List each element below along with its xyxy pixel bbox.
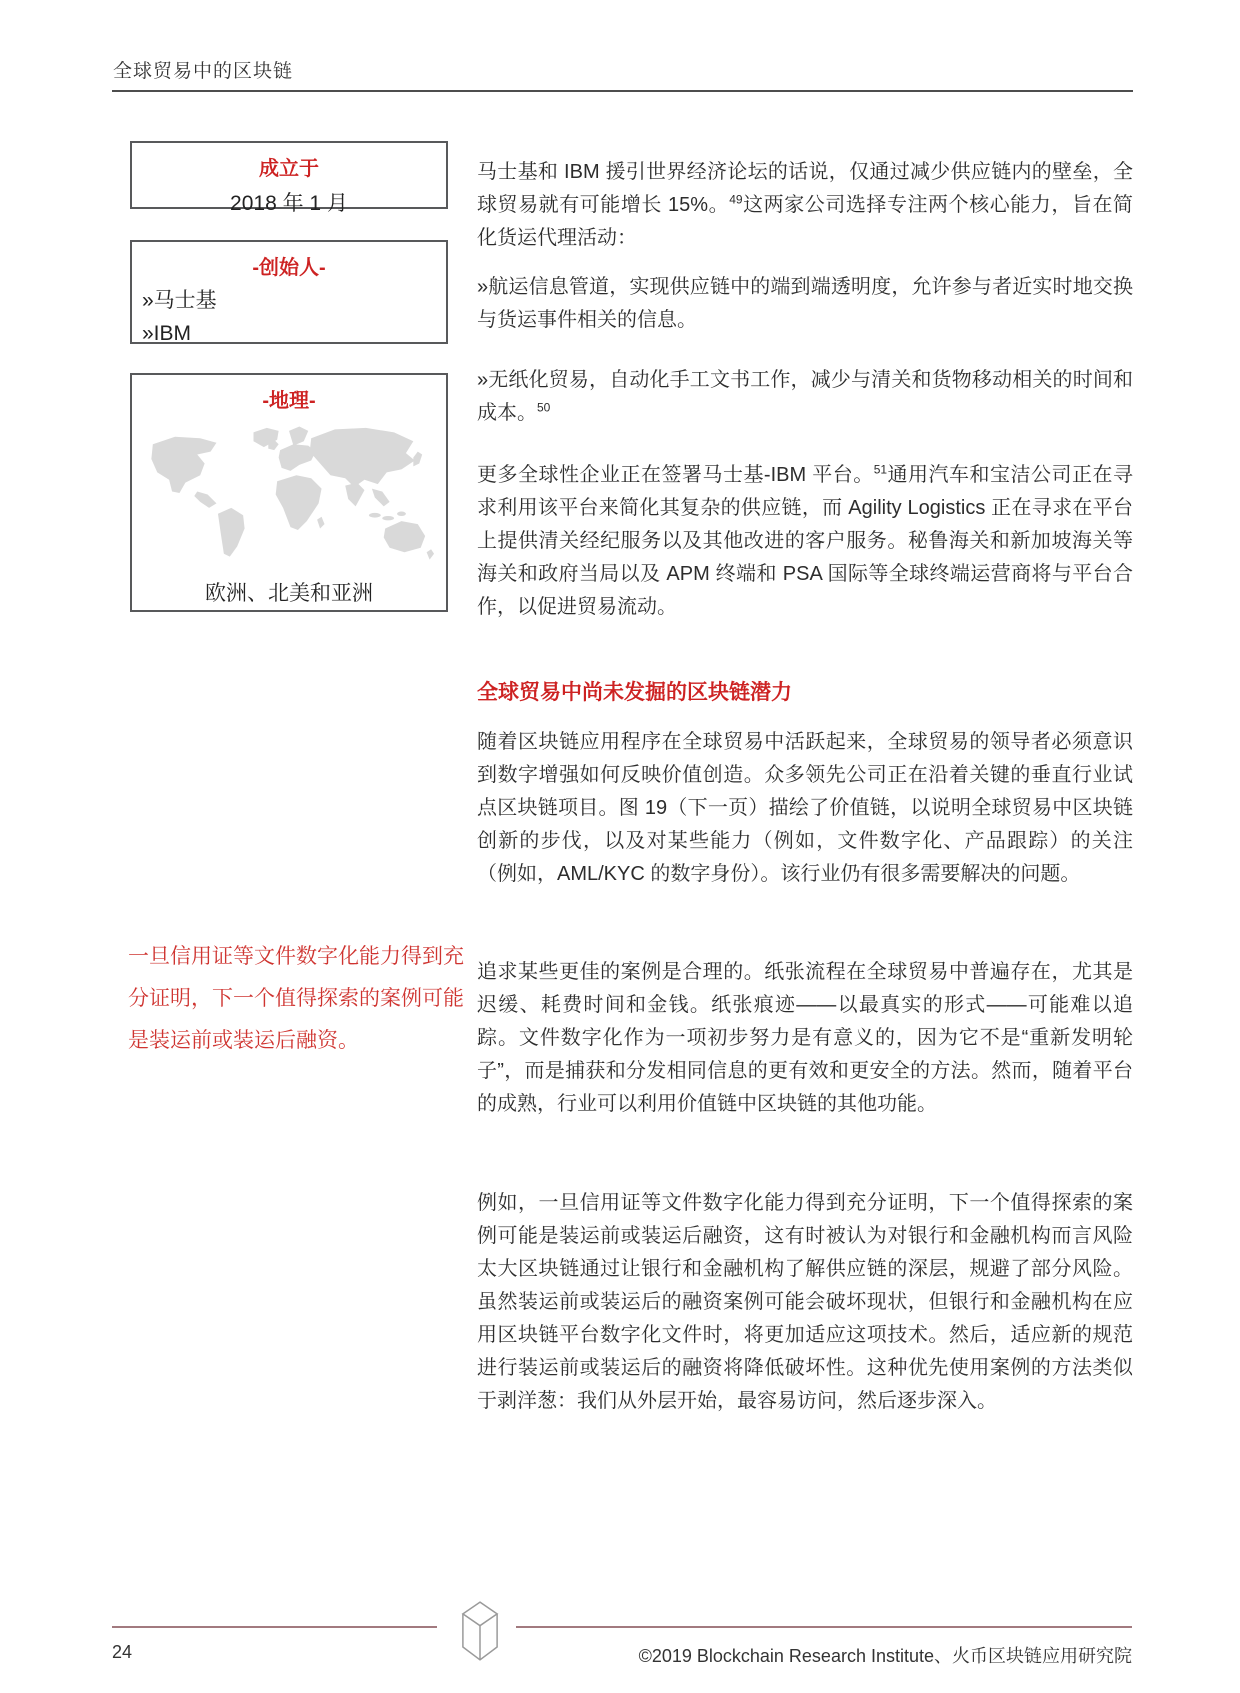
founders-list: »马士基 »IBM	[132, 280, 446, 350]
paragraph: 更多全球性企业正在签署马士基-IBM 平台。51通用汽车和宝洁公司正在寻求利用该…	[477, 459, 1133, 624]
footnote-ref: 50	[537, 400, 550, 414]
document-page: 全球贸易中的区块链 成立于 2018 年 1 月 -创始人- »马士基 »IBM…	[0, 0, 1240, 1693]
paragraph: 例如，一旦信用证等文件数字化能力得到充分证明，下一个值得探索的案例可能是装运前或…	[477, 1187, 1133, 1418]
infobox-founders: -创始人- »马士基 »IBM	[130, 240, 448, 344]
paragraph: »航运信息管道，实现供应链中的端到端透明度，允许参与者近实时地交换与货运事件相关…	[477, 271, 1133, 337]
page-number: 24	[112, 1642, 132, 1663]
infobox-geography: -地理-	[130, 373, 448, 612]
infobox-founded-label: 成立于	[132, 152, 446, 181]
section-heading: 全球贸易中尚未发掘的区块链潜力	[477, 676, 1133, 706]
paragraph-text: 通用汽车和宝洁公司正在寻求利用该平台来简化其复杂的供应链，而 Agility L…	[477, 464, 1133, 618]
footer-credit: ©2019 Blockchain Research Institute、火币区块…	[639, 1642, 1132, 1668]
pull-quote: 一旦信用证等文件数字化能力得到充分证明，下一个值得探索的案例可能是装运前或装运后…	[128, 936, 468, 1062]
paragraph: 马士基和 IBM 援引世界经济论坛的话说，仅通过减少供应链内的壁垒，全球贸易就有…	[477, 156, 1133, 255]
list-item: »IBM	[142, 317, 446, 350]
page-header-title: 全球贸易中的区块链	[113, 56, 293, 83]
header-divider	[112, 90, 1133, 92]
footer-divider-right	[516, 1626, 1132, 1628]
cube-icon	[452, 1600, 508, 1667]
infobox-founders-label: -创始人-	[132, 251, 446, 280]
list-item: »马士基	[142, 284, 446, 317]
footnote-ref: 51	[874, 462, 887, 476]
infobox-founded-value: 2018 年 1 月	[132, 187, 446, 217]
paragraph-text: 更多全球性企业正在签署马士基-IBM 平台。	[477, 464, 874, 486]
paragraph: 追求某些更佳的案例是合理的。纸张流程在全球贸易中普遍存在，尤其是迟缓、耗费时间和…	[477, 956, 1133, 1121]
paragraph: »无纸化贸易，自动化手工文书工作，减少与清关和货物移动相关的时间和成本。50	[477, 364, 1133, 430]
footer-divider-left	[112, 1626, 437, 1628]
infobox-geography-caption: 欧洲、北美和亚洲	[132, 577, 446, 607]
infobox-geography-label: -地理-	[132, 384, 446, 413]
paragraph: 随着区块链应用程序在全球贸易中活跃起来，全球贸易的领导者必须意识到数字增强如何反…	[477, 726, 1133, 891]
paragraph-text: »无纸化贸易，自动化手工文书工作，减少与清关和货物移动相关的时间和成本。	[477, 369, 1133, 424]
infobox-founded: 成立于 2018 年 1 月	[130, 141, 448, 209]
world-map-icon	[132, 415, 446, 577]
footnote-ref: 49	[729, 192, 742, 206]
